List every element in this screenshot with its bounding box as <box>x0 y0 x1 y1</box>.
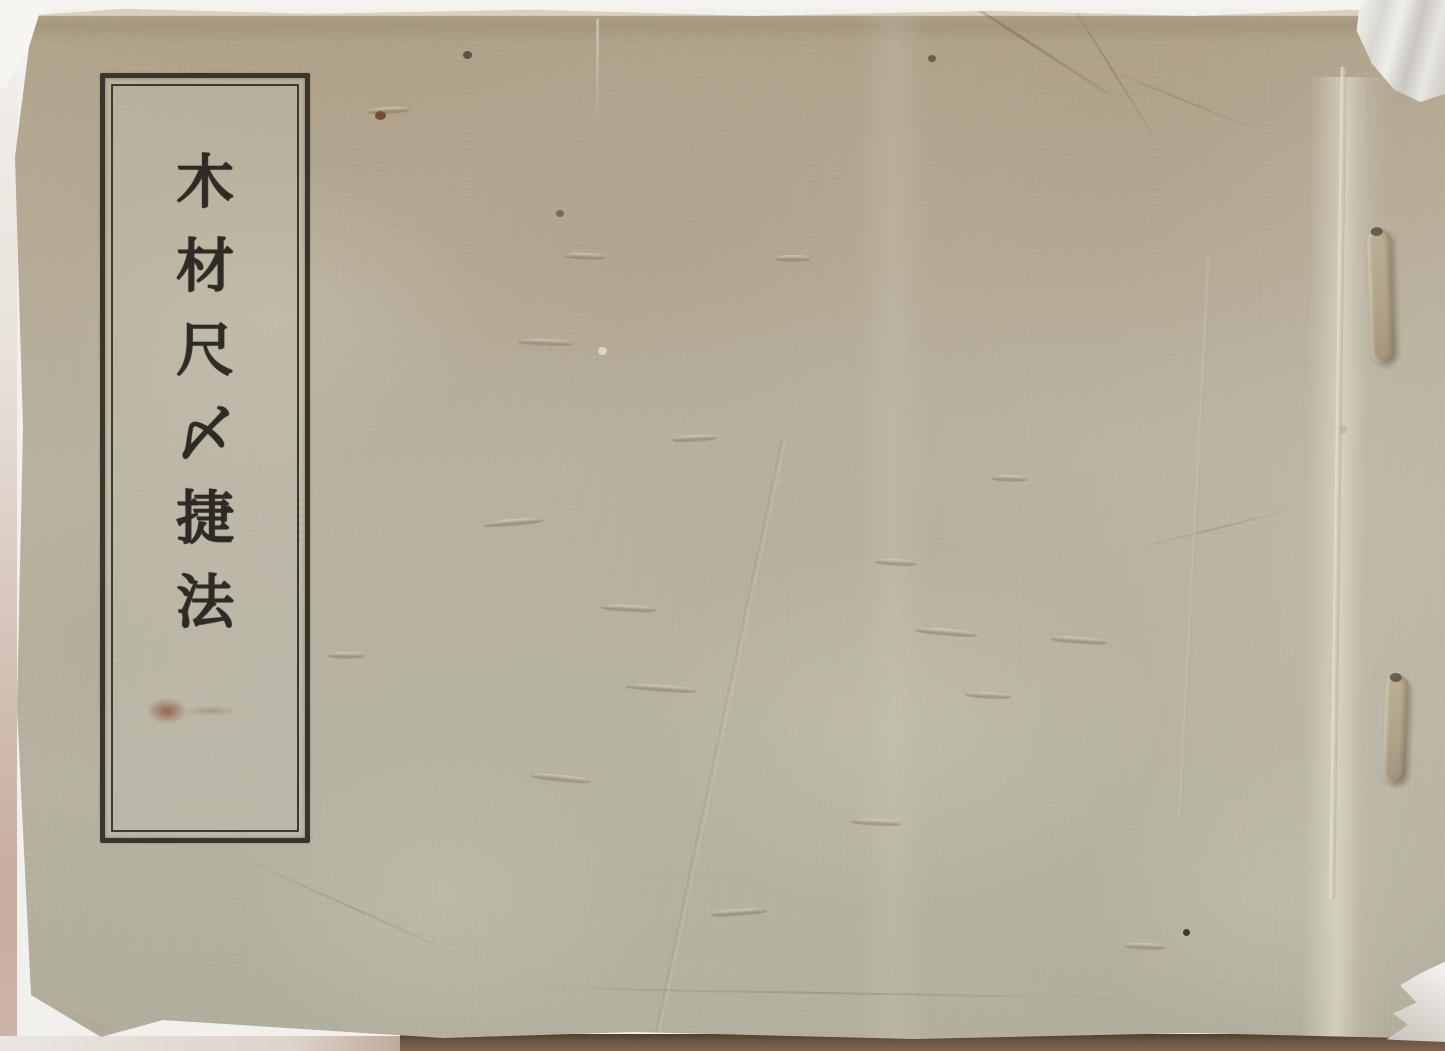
paper-twist-binding-top <box>1367 229 1396 364</box>
paper-twist-binding-bottom <box>1382 675 1409 784</box>
spine-fold-highlight <box>1300 77 1392 1040</box>
backdrop-bottom-left-strip <box>0 1036 420 1051</box>
paper-speck <box>375 111 386 120</box>
fiber-mark <box>518 338 573 347</box>
title-char-6: 法 <box>176 560 234 644</box>
fiber-mark <box>601 604 656 614</box>
top-fold-band <box>13 15 1445 43</box>
fiber-mark <box>875 558 917 567</box>
dog-ear-corner-fold <box>43 979 113 1031</box>
twist-knot-shadow <box>1390 673 1402 682</box>
rust-stain <box>147 698 187 724</box>
crease-line <box>653 440 786 1043</box>
crease-line <box>513 987 1133 1000</box>
fiber-mark <box>965 691 1011 700</box>
fiber-mark <box>328 652 364 659</box>
paper-speck <box>928 55 936 62</box>
fiber-mark <box>368 106 410 115</box>
title-char-1: 木 <box>176 140 234 224</box>
rust-stain-smudge <box>183 706 239 716</box>
crease-line <box>858 7 928 1039</box>
fiber-mark <box>531 772 591 785</box>
crease-line <box>1178 257 1211 816</box>
title-label-frame: 木 材 尺 〆 捷 法 <box>100 73 310 843</box>
crease-line <box>1135 506 1300 549</box>
title-char-5: 捷 <box>176 476 234 560</box>
title-char-2: 材 <box>176 224 234 308</box>
paper-speck <box>463 51 472 59</box>
backdrop-top-strip <box>0 0 1445 9</box>
fiber-mark <box>1125 942 1165 950</box>
fiber-mark <box>991 474 1027 482</box>
fiber-mark <box>711 907 767 918</box>
photo-of-book-cover: 木 材 尺 〆 捷 法 <box>0 0 1445 1051</box>
backdrop-left-strip <box>0 0 17 1051</box>
crease-line <box>1094 63 1262 132</box>
fiber-mark <box>1051 635 1107 646</box>
paper-speck <box>598 347 607 355</box>
crease-line <box>225 850 482 966</box>
fiber-mark <box>565 252 605 260</box>
fiber-mark <box>625 682 697 694</box>
fiber-mark <box>915 626 977 638</box>
title-char-4: 〆 <box>176 392 234 476</box>
fiber-mark <box>483 516 545 528</box>
twist-knot-shadow <box>1371 227 1383 236</box>
paper-speck <box>1183 929 1190 936</box>
fiber-mark <box>671 434 717 443</box>
book-cover: 木 材 尺 〆 捷 法 <box>13 7 1445 1039</box>
paper-speck <box>556 210 564 217</box>
fiber-mark <box>851 818 901 828</box>
fiber-mark <box>775 255 811 262</box>
title-char-3: 尺 <box>176 308 234 392</box>
